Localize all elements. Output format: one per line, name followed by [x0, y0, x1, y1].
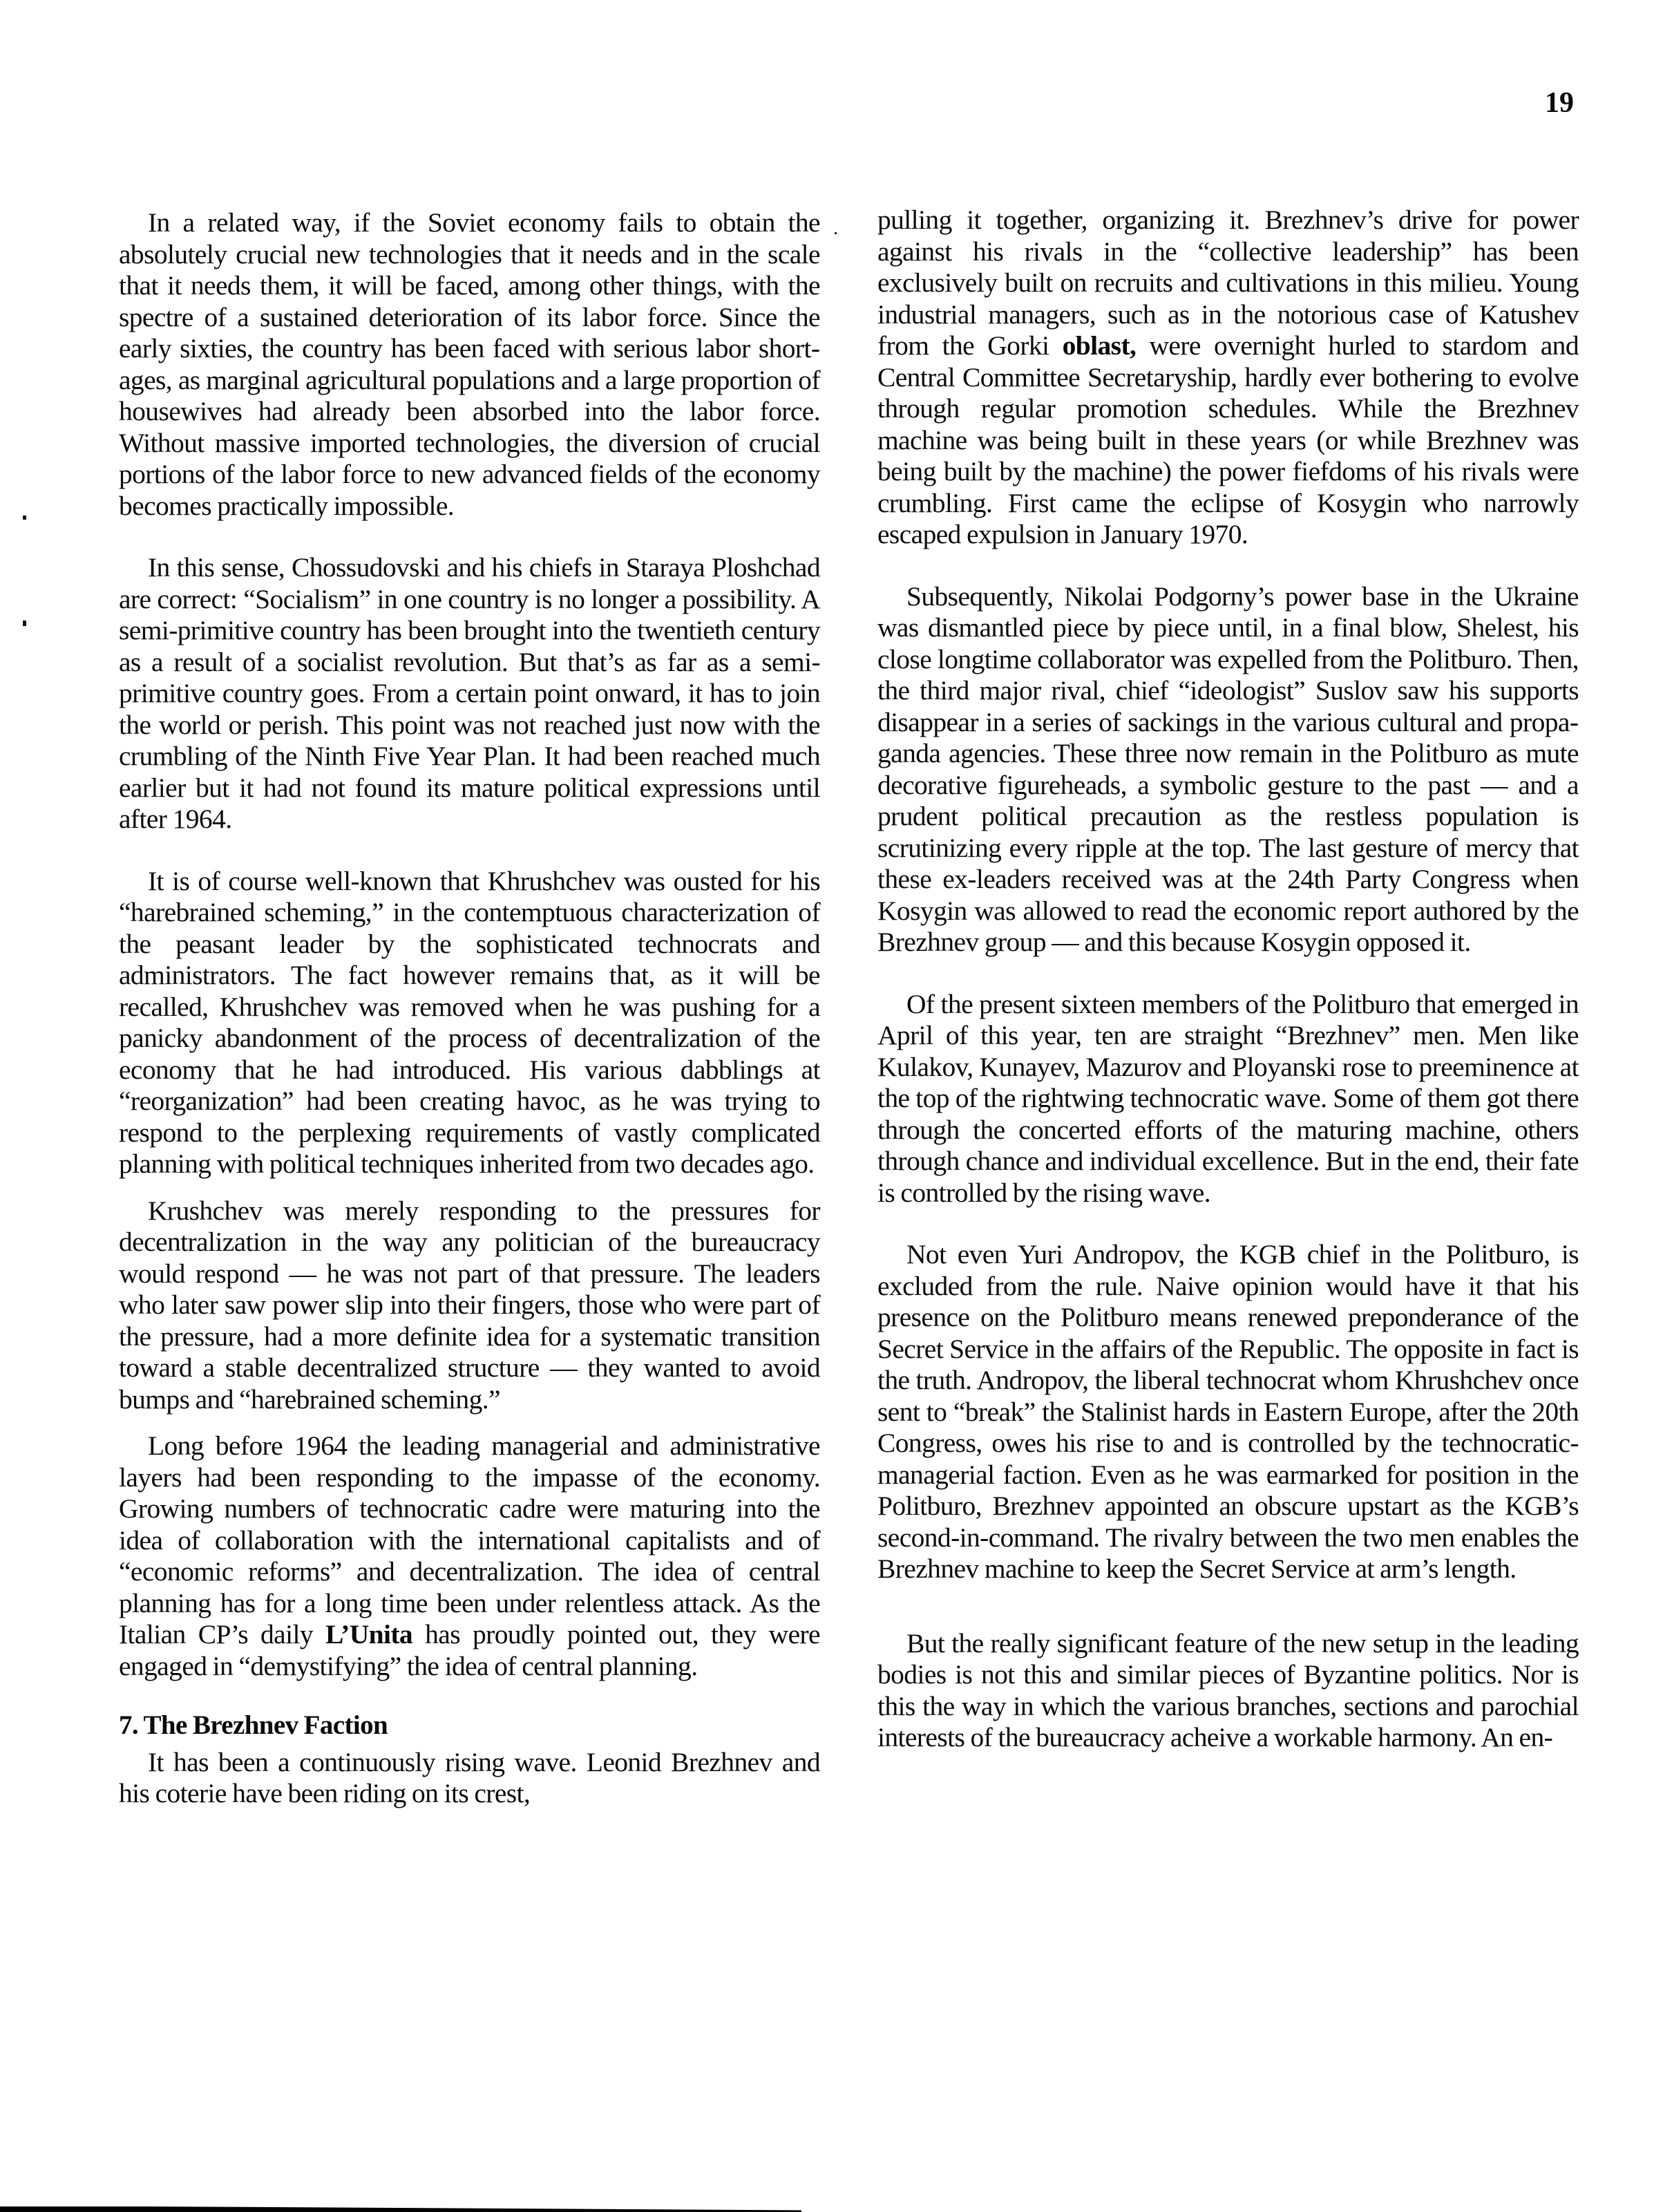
left-column: In a related way, if the Soviet economy … — [119, 207, 820, 1810]
section-heading: 7. The Brezhnev Faction — [119, 1710, 820, 1741]
term-oblast: oblast, — [1063, 330, 1137, 361]
margin-speck — [23, 621, 26, 626]
paragraph-continued-brezhnev-drive: pulling it together, organizing it. Brez… — [877, 205, 1579, 551]
paragraph-socialism-one-country: In this sense, Chossudovski and his chie… — [119, 552, 820, 835]
paragraph-khrushchev-ousted: It is of course well-known that Khrushch… — [119, 866, 820, 1180]
paragraph-politburo-members: Of the present sixteen members of the Po… — [877, 989, 1579, 1209]
paragraph-andropov: Not even Yuri Andropov, the KGB chief in… — [877, 1239, 1579, 1585]
publication-name-lunita: L’Unita — [325, 1619, 412, 1649]
bottom-rule-divider — [0, 2205, 801, 2212]
margin-speck — [23, 516, 26, 520]
paragraph-rising-wave: It has been a continuously rising wave. … — [119, 1747, 820, 1810]
paragraph-significant-feature: But the really significant feature of th… — [877, 1628, 1579, 1754]
paragraph-text: Long before 1964 the leading managerial … — [119, 1430, 820, 1649]
right-column: pulling it together, organizing it. Brez… — [877, 205, 1579, 1754]
paragraph-technologies: In a related way, if the Soviet economy … — [119, 207, 820, 522]
paragraph-long-before-1964: Long before 1964 the leading managerial … — [119, 1430, 820, 1682]
page-number: 19 — [1545, 88, 1574, 117]
paragraph-krushchev-responding: Krushchev was merely responding to the p… — [119, 1195, 820, 1416]
column-gutter-speck — [835, 232, 837, 234]
paragraph-podgorny: Subsequently, Nikolai Podgorny’s power b… — [877, 581, 1579, 958]
paragraph-text: were overnight hurled to stardom and Cen… — [877, 330, 1579, 549]
